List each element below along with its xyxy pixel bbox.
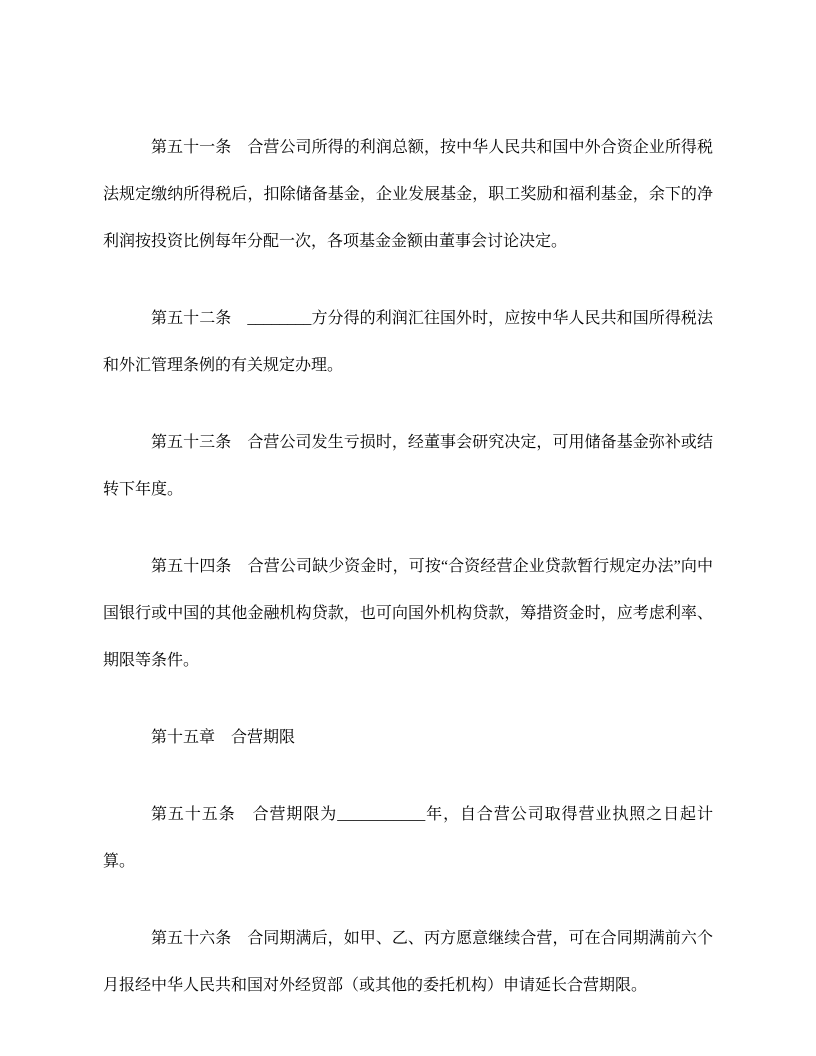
article-52-paragraph: 第五十二条 ________方分得的利润汇往国外时，应按中华人民共和国所得税法和… — [103, 295, 713, 389]
article-54-paragraph: 第五十四条 合营公司缺少资金时，可按“合资经营企业贷款暂行规定办法”向中国银行或… — [103, 543, 713, 684]
article-53-paragraph: 第五十三条 合营公司发生亏损时，经董事会研究决定，可用储备基金弥补或结转下年度。 — [103, 419, 713, 513]
article-56-paragraph: 第五十六条 合同期满后，如甲、乙、丙方愿意继续合营，可在合同期满前六个月报经中华… — [103, 915, 713, 1009]
chapter-15-heading: 第十五章 合营期限 — [103, 714, 713, 761]
article-55-paragraph: 第五十五条 合营期限为___________年，自合营公司取得营业执照之日起计算… — [103, 791, 713, 885]
article-51-paragraph: 第五十一条 合营公司所得的利润总额，按中华人民共和国中外合资企业所得税法规定缴纳… — [103, 124, 713, 265]
document-page: 第五十一条 合营公司所得的利润总额，按中华人民共和国中外合资企业所得税法规定缴纳… — [0, 0, 816, 1056]
